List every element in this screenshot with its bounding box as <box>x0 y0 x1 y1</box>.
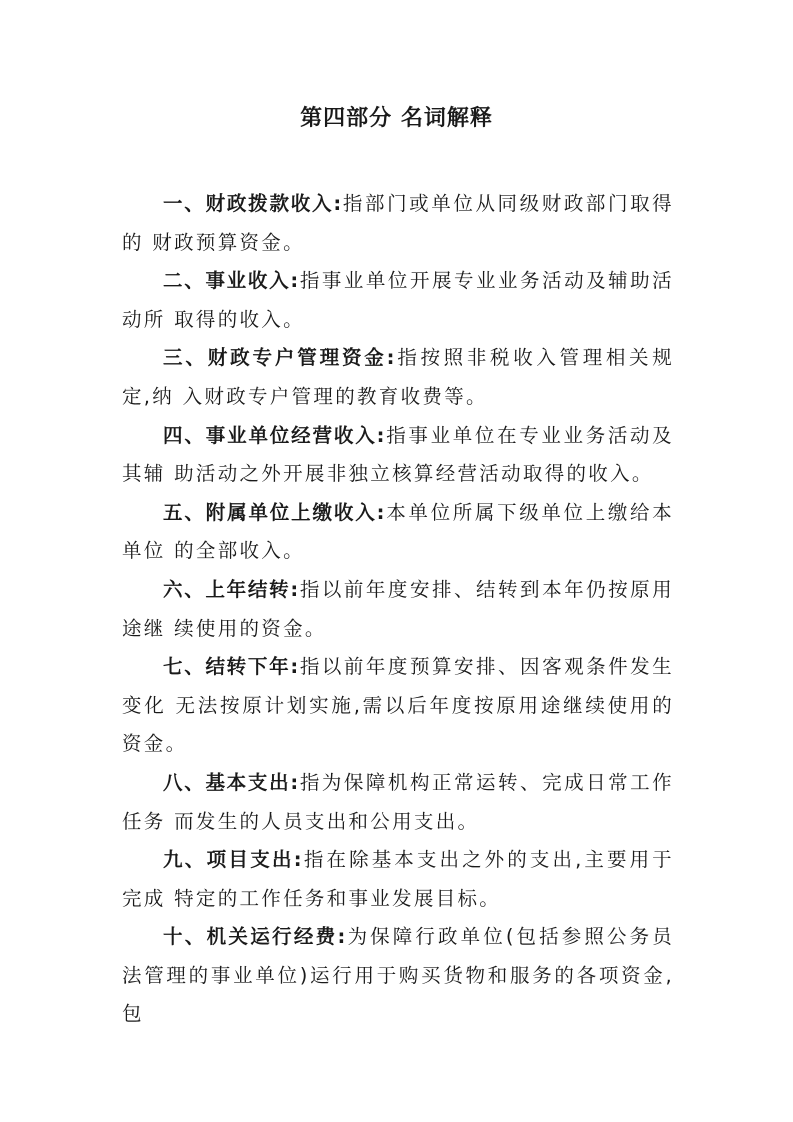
entry-term: 五、附属单位上缴收入: <box>163 501 386 524</box>
glossary-entry-7: 七、结转下年:指以前年度预算安排、因客观条件发生变化 无法按原计划实施,需以后年… <box>122 648 674 764</box>
entry-term: 三、财政专户管理资金: <box>163 346 396 369</box>
glossary-entry-5: 五、附属单位上缴收入:本单位所属下级单位上缴给本单位 的全部收入。 <box>122 494 674 571</box>
page-title: 第四部分 名词解释 <box>0 101 793 132</box>
glossary-body: 一、财政拨款收入:指部门或单位从同级财政部门取得的 财政预算资金。 二、事业收入… <box>122 185 674 1034</box>
glossary-entry-8: 八、基本支出:指为保障机构正常运转、完成日常工作任务 而发生的人员支出和公用支出… <box>122 764 674 841</box>
glossary-entry-6: 六、上年结转:指以前年度安排、结转到本年仍按原用途继 续使用的资金。 <box>122 571 674 648</box>
entry-term: 九、项目支出: <box>163 848 303 871</box>
glossary-entry-9: 九、项目支出:指在除基本支出之外的支出,主要用于完成 特定的工作任务和事业发展目… <box>122 841 674 918</box>
entry-term: 十、机关运行经费: <box>163 925 347 948</box>
entry-term: 七、结转下年: <box>163 655 300 678</box>
entry-term: 八、基本支出: <box>163 771 300 794</box>
entry-term: 一、财政拨款收入: <box>163 192 343 215</box>
glossary-entry-1: 一、财政拨款收入:指部门或单位从同级财政部门取得的 财政预算资金。 <box>122 185 674 262</box>
glossary-entry-4: 四、事业单位经营收入:指事业单位在专业业务活动及其辅 助活动之外开展非独立核算经… <box>122 417 674 494</box>
entry-term: 六、上年结转: <box>163 578 300 601</box>
glossary-entry-2: 二、事业收入:指事业单位开展专业业务活动及辅助活动所 取得的收入。 <box>122 262 674 339</box>
glossary-entry-10: 十、机关运行经费:为保障行政单位(包括参照公务员法管理的事业单位)运行用于购买货… <box>122 918 674 1034</box>
entry-term: 四、事业单位经营收入: <box>163 424 386 447</box>
glossary-entry-3: 三、财政专户管理资金:指按照非税收入管理相关规定,纳 入财政专户管理的教育收费等… <box>122 339 674 416</box>
entry-term: 二、事业收入: <box>163 269 300 292</box>
